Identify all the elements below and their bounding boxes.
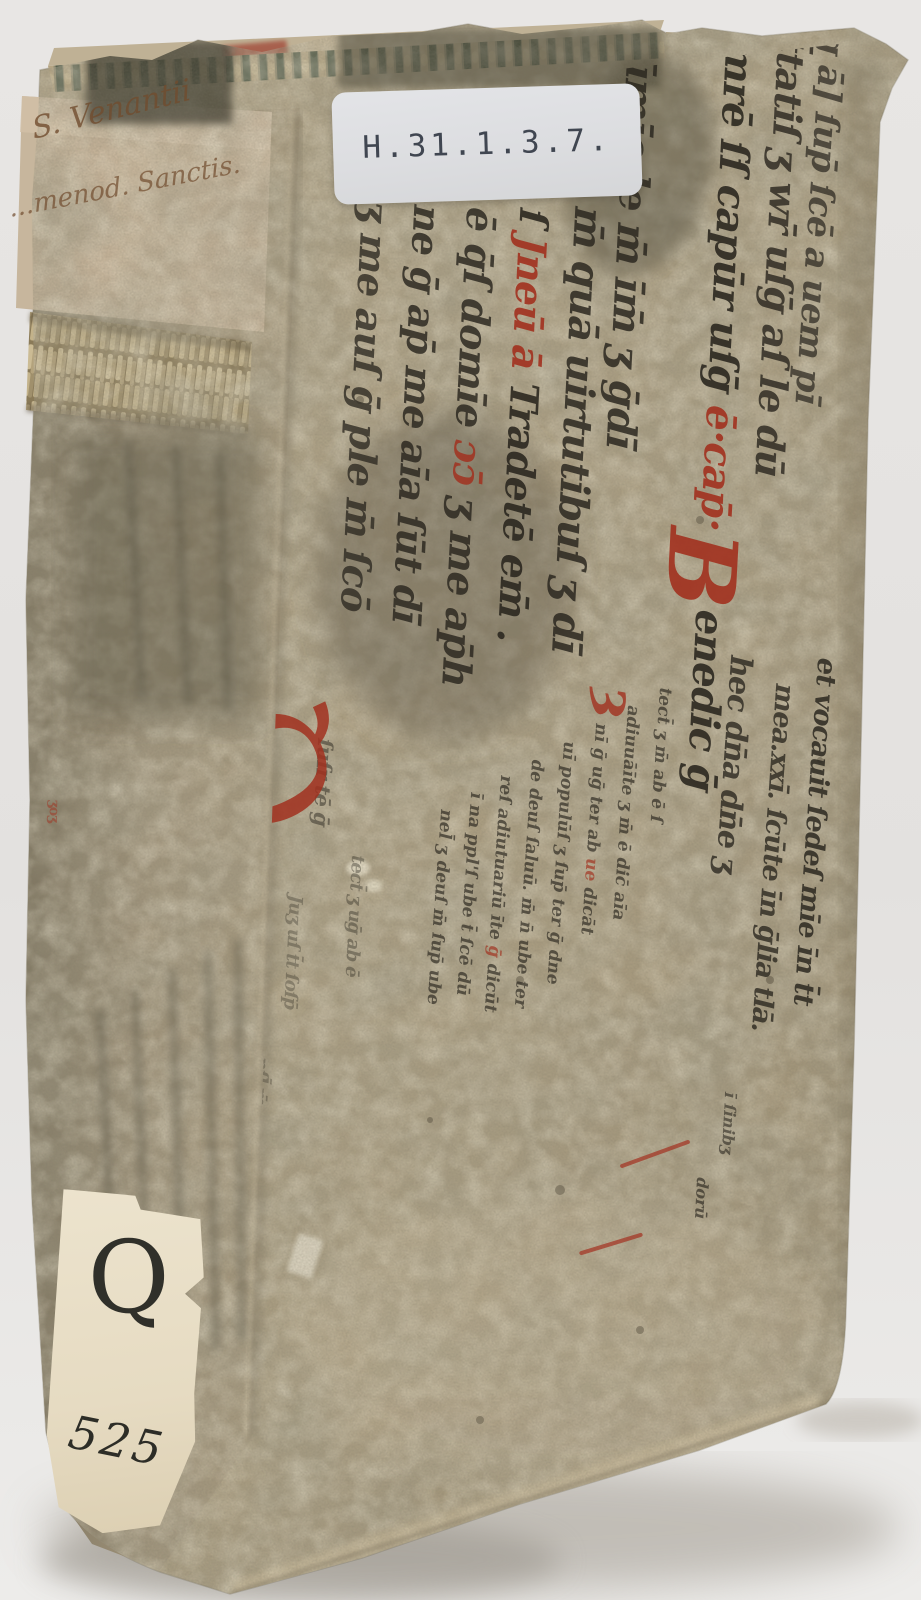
spine-inscription-line2: ...menod. Sanctis. bbox=[8, 149, 242, 224]
spine-label-letter: Q bbox=[53, 1227, 204, 1328]
spine-inscription-line1: S. Venantii bbox=[30, 73, 193, 147]
spine-label-number: 525 bbox=[64, 1405, 170, 1477]
shelfmark-label: H.31.1.3.7. bbox=[331, 83, 642, 205]
shelfmark-text: H.31.1.3.7. bbox=[362, 122, 612, 166]
spine-rubric-mark: ʒoʒ bbox=[46, 800, 62, 823]
book-photo: ʒ me auſ ḡ ple m̄ ſcō ne ḡ ap̄ me aīa ſū… bbox=[0, 0, 921, 1600]
